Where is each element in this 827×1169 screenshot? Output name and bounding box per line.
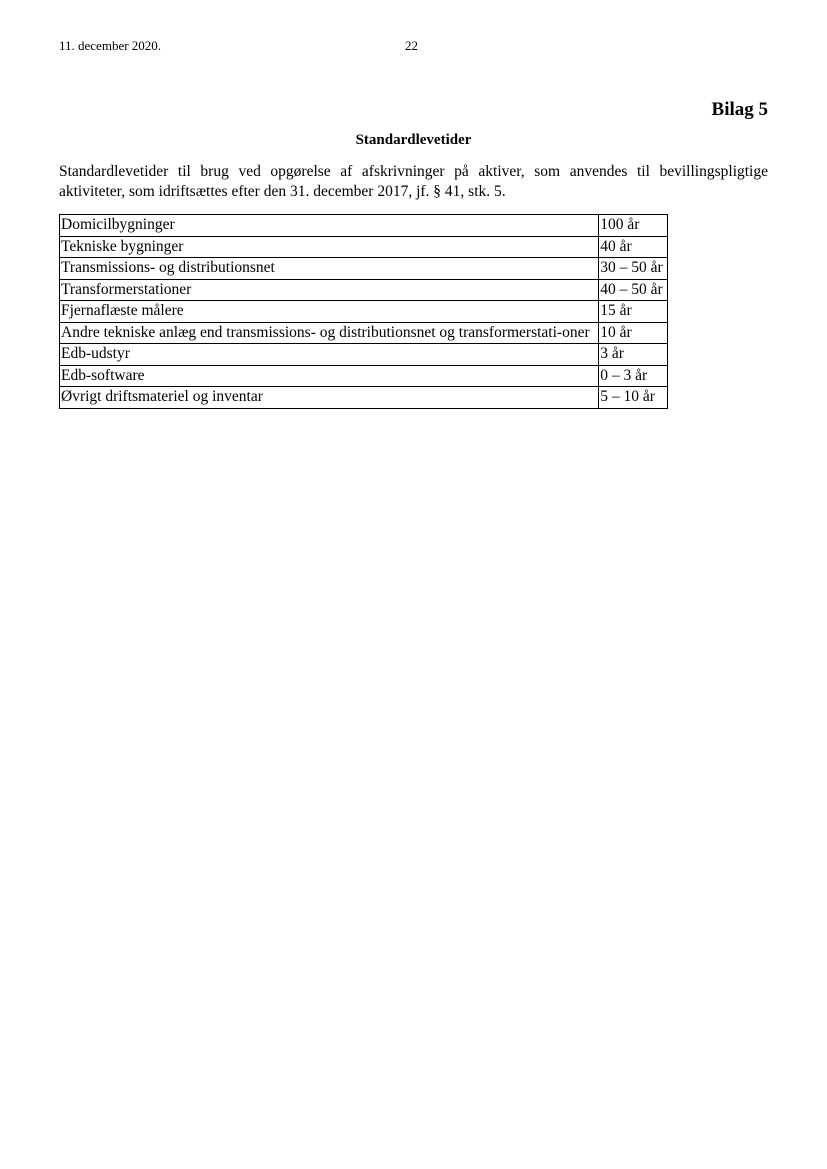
table-row: Transmissions- og distributionsnet 30 – … bbox=[60, 258, 668, 280]
lifetime-cell: 0 – 3 år bbox=[599, 365, 668, 387]
asset-cell: Andre tekniske anlæg end transmissions- … bbox=[60, 322, 599, 344]
table-row: Øvrigt driftsmateriel og inventar 5 – 10… bbox=[60, 387, 668, 409]
lifetime-cell: 40 år bbox=[599, 236, 668, 258]
lifetime-cell: 3 år bbox=[599, 344, 668, 366]
table-row: Domicilbygninger 100 år bbox=[60, 215, 668, 237]
table-row: Edb-software 0 – 3 år bbox=[60, 365, 668, 387]
asset-cell: Øvrigt driftsmateriel og inventar bbox=[60, 387, 599, 409]
lifetime-cell: 100 år bbox=[599, 215, 668, 237]
table-row: Edb-udstyr 3 år bbox=[60, 344, 668, 366]
page-number: 22 bbox=[405, 38, 418, 54]
document-title: Standardlevetider bbox=[0, 131, 827, 149]
intro-paragraph: Standardlevetider til brug ved opgørelse… bbox=[59, 162, 768, 202]
asset-cell: Edb-udstyr bbox=[60, 344, 599, 366]
asset-cell: Transformerstationer bbox=[60, 279, 599, 301]
lifetime-cell: 40 – 50 år bbox=[599, 279, 668, 301]
page-header-date: 11. december 2020. bbox=[59, 38, 161, 54]
table-row: Andre tekniske anlæg end transmissions- … bbox=[60, 322, 668, 344]
lifetime-cell: 15 år bbox=[599, 301, 668, 323]
table-row: Fjernaflæste målere 15 år bbox=[60, 301, 668, 323]
table-row: Tekniske bygninger 40 år bbox=[60, 236, 668, 258]
intro-text: Standardlevetider til brug ved opgørelse… bbox=[59, 162, 768, 202]
asset-cell: Tekniske bygninger bbox=[60, 236, 599, 258]
asset-cell: Domicilbygninger bbox=[60, 215, 599, 237]
standard-lifetimes-table: Domicilbygninger 100 år Tekniske bygning… bbox=[59, 214, 668, 409]
lifetime-cell: 30 – 50 år bbox=[599, 258, 668, 280]
lifetime-cell: 5 – 10 år bbox=[599, 387, 668, 409]
lifetime-cell: 10 år bbox=[599, 322, 668, 344]
asset-cell: Transmissions- og distributionsnet bbox=[60, 258, 599, 280]
asset-cell: Edb-software bbox=[60, 365, 599, 387]
table-row: Transformerstationer 40 – 50 år bbox=[60, 279, 668, 301]
appendix-label: Bilag 5 bbox=[712, 99, 768, 121]
asset-cell: Fjernaflæste målere bbox=[60, 301, 599, 323]
